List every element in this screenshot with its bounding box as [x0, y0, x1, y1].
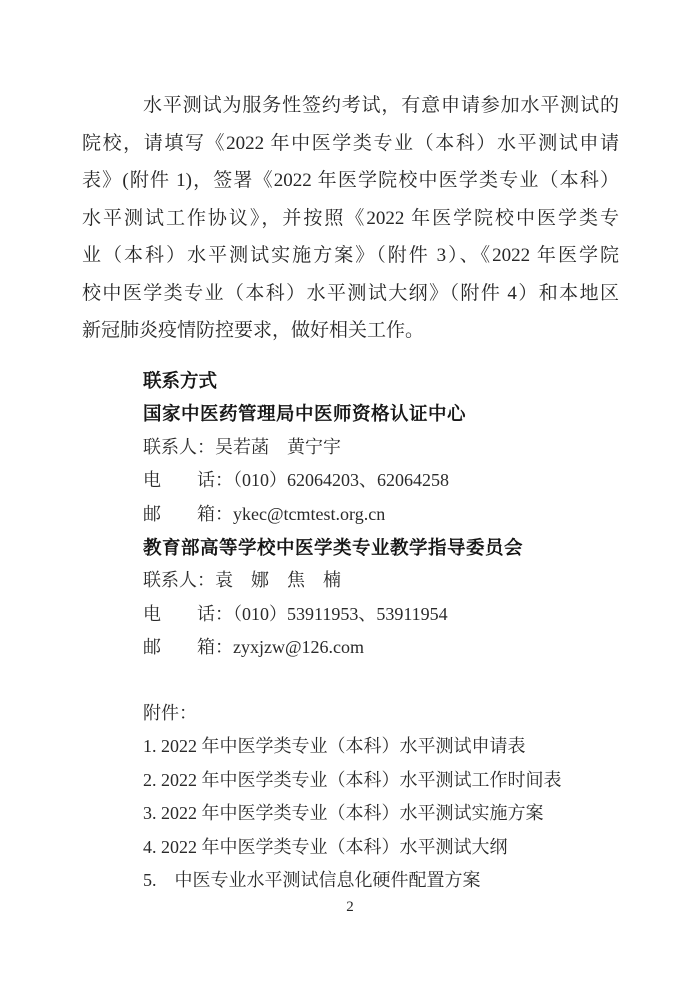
paragraph-line: 水平测试为服务性签约考试，有意申请参加水平测试的: [82, 87, 619, 125]
attachment-item: 1. 2022 年中医学类专业（本科）水平测试申请表: [143, 730, 620, 763]
attachment-item: 4. 2022 年中医学类专业（本科）水平测试大纲: [143, 831, 620, 864]
org2-contact-person: 联系人：袁 娜 焦 楠: [143, 564, 620, 597]
contact-section: 联系方式 国家中医药管理局中医师资格认证中心 联系人：吴若菡 黄宁宇 电 话：（…: [143, 364, 620, 665]
org1-email: 邮 箱：ykec@tcmtest.org.cn: [143, 498, 620, 531]
page-number: 2: [0, 899, 700, 916]
paragraph-line: 表》(附件 1)，签署《2022 年医学院校中医学类专业（本科）: [82, 162, 619, 200]
org2-name: 教育部高等学校中医学类专业教学指导委员会: [143, 531, 620, 564]
org2-email: 邮 箱：zyxjzw@126.com: [143, 631, 620, 664]
paragraph-line: 新冠肺炎疫情防控要求，做好相关工作。: [82, 312, 619, 350]
org1-name: 国家中医药管理局中医师资格认证中心: [143, 397, 620, 430]
paragraph-line: 水平测试工作协议》，并按照《2022 年医学院校中医学类专: [82, 200, 619, 238]
contact-heading: 联系方式: [143, 364, 620, 397]
org1-phone: 电 话：（010）62064203、62064258: [143, 464, 620, 497]
document-page: 水平测试为服务性签约考试，有意申请参加水平测试的 院校，请填写《2022 年中医…: [0, 0, 700, 990]
attachments-section: 附件： 1. 2022 年中医学类专业（本科）水平测试申请表 2. 2022 年…: [143, 697, 620, 897]
attachments-heading: 附件：: [143, 697, 620, 730]
attachment-item: 5. 中医专业水平测试信息化硬件配置方案: [143, 864, 620, 897]
paragraph-line: 业（本科）水平测试实施方案》（附件 3）、《2022 年医学院: [82, 237, 619, 275]
paragraph-line: 院校，请填写《2022 年中医学类专业（本科）水平测试申请: [82, 125, 619, 163]
org2-phone: 电 话：（010）53911953、53911954: [143, 598, 620, 631]
paragraph-line: 校中医学类专业（本科）水平测试大纲》（附件 4）和本地区: [82, 275, 619, 313]
attachment-item: 3. 2022 年中医学类专业（本科）水平测试实施方案: [143, 797, 620, 830]
intro-paragraph: 水平测试为服务性签约考试，有意申请参加水平测试的 院校，请填写《2022 年中医…: [82, 87, 619, 350]
org1-contact-person: 联系人：吴若菡 黄宁宇: [143, 431, 620, 464]
attachment-item: 2. 2022 年中医学类专业（本科）水平测试工作时间表: [143, 764, 620, 797]
